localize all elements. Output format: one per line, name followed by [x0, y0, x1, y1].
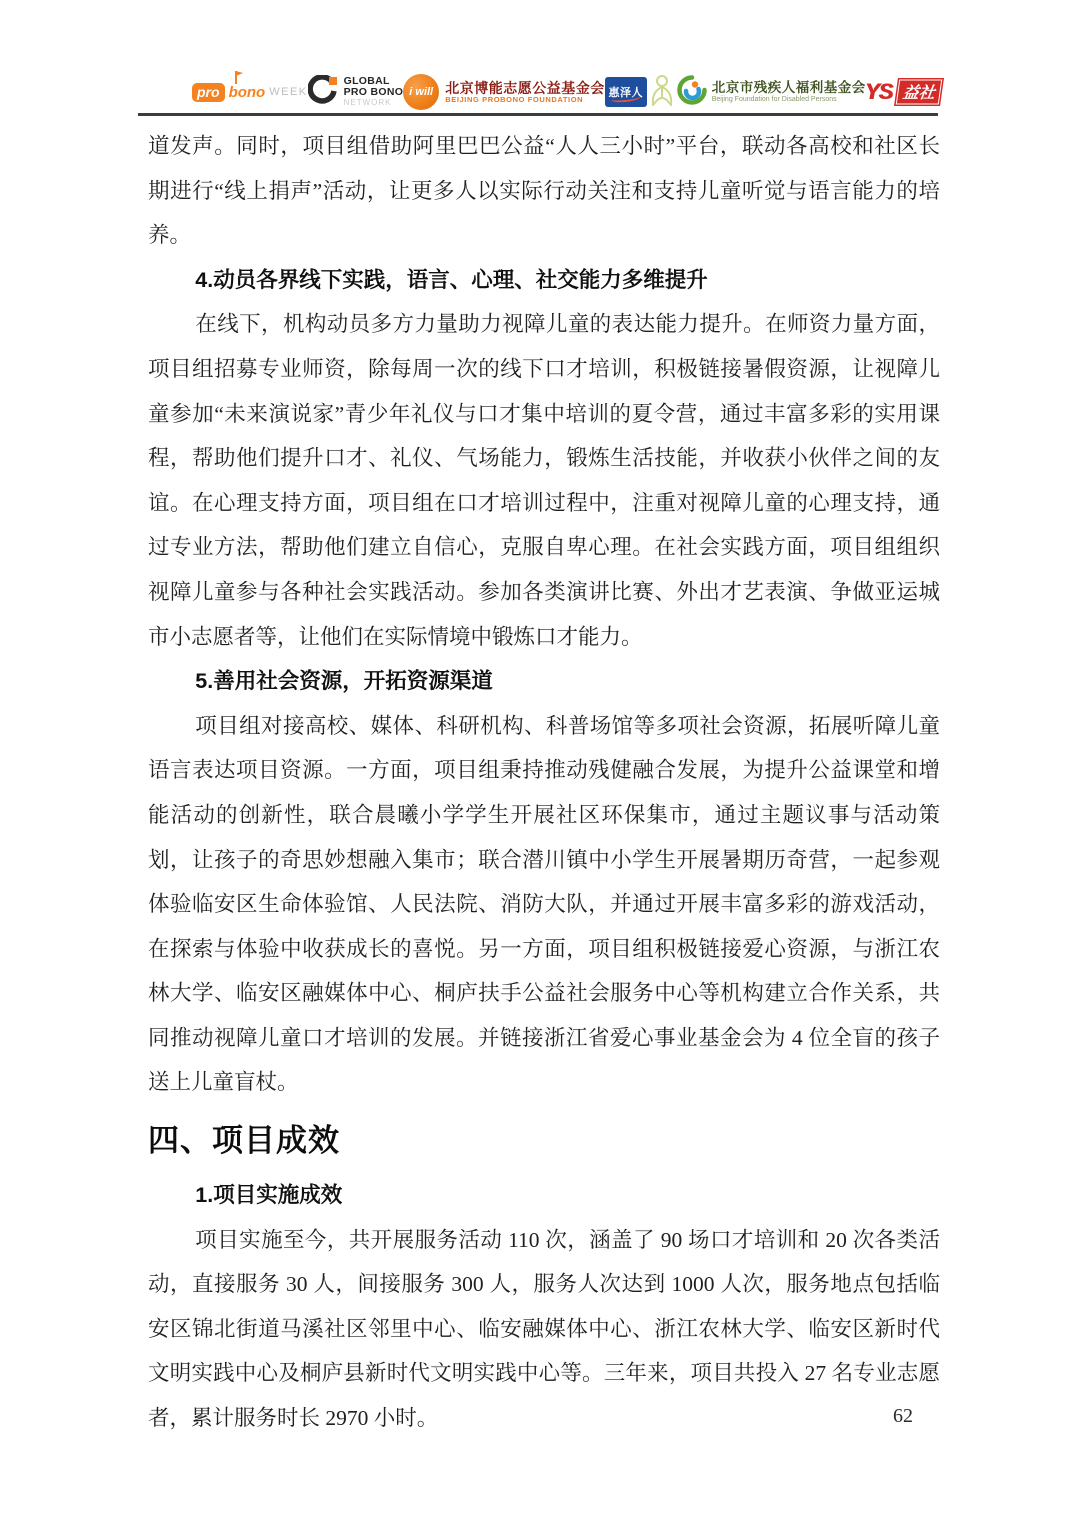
paragraph-implementation-results: 项目实施至今，共开展服务活动 110 次，涵盖了 90 场口才培训和 20 次各…	[148, 1218, 940, 1441]
bdpf-en-label: Beijing Foundation for Disabled Persons	[712, 96, 866, 104]
partner-logo-strip: pro bono WEEK GLOBAL PRO BONO NETWORK i …	[192, 66, 894, 118]
pro-bono-week-logo: pro bono WEEK	[192, 83, 308, 102]
beijing-disabled-persons-foundation-logo: 北京市残疾人福利基金会 Beijing Foundation for Disab…	[677, 75, 866, 110]
paragraph-social-resources: 项目组对接高校、媒体、科研机构、科普场馆等多项社会资源，拓展听障儿童语言表达项目…	[148, 704, 940, 1105]
paragraph-continuation: 道发声。同时，项目组借助阿里巴巴公益“人人三小时”平台，联动各高校和社区长期进行…	[148, 124, 940, 258]
probono-pro-label: pro	[192, 83, 225, 102]
bdpf-cn-label: 北京市残疾人福利基金会	[712, 81, 866, 96]
heading-4-offline-practice: 4.动员各界线下实践，语言、心理、社交能力多维提升	[148, 258, 940, 303]
probono-week-label: WEEK	[269, 86, 307, 98]
global-pro-bono-network-logo: GLOBAL PRO BONO NETWORK	[308, 75, 404, 110]
huizeren-box-icon: 惠泽人	[605, 77, 647, 107]
ys-letters: YS	[866, 79, 893, 105]
iwill-en-label: BEIJING PROBONO FOUNDATION	[445, 96, 605, 105]
person-figure-icon	[647, 73, 677, 111]
huizeren-logo: 惠泽人	[605, 77, 647, 107]
swirl-globe-icon	[677, 75, 707, 110]
flag-icon	[228, 69, 244, 90]
document-body: 道发声。同时，项目组借助阿里巴巴公益“人人三小时”平台，联动各高校和社区长期进行…	[148, 124, 940, 1441]
pro-bono-label: PRO BONO	[344, 87, 404, 98]
page-number: 62	[893, 1405, 913, 1428]
beijing-probono-foundation-logo: i will 北京博能志愿公益基金会 BEIJING PROBONO FOUND…	[403, 74, 605, 110]
subheading-implementation-results: 1.项目实施成效	[148, 1173, 940, 1218]
ys-yishe-logo: YS 益社	[866, 78, 942, 106]
yishe-label: 益社	[894, 78, 944, 106]
header-divider	[138, 113, 938, 116]
c-ring-icon	[308, 75, 338, 110]
heading-5-social-resources: 5.善用社会资源，开拓资源渠道	[148, 659, 940, 704]
iwill-badge-icon: i will	[403, 74, 439, 110]
network-label: NETWORK	[344, 99, 404, 107]
paragraph-offline-practice: 在线下，机构动员多方力量助力视障儿童的表达能力提升。在师资力量方面，项目组招募专…	[148, 302, 940, 659]
huizeren-label: 惠泽人	[608, 84, 643, 100]
section-title-project-results: 四、项目成效	[148, 1121, 940, 1161]
iwill-cn-label: 北京博能志愿公益基金会	[445, 80, 605, 96]
